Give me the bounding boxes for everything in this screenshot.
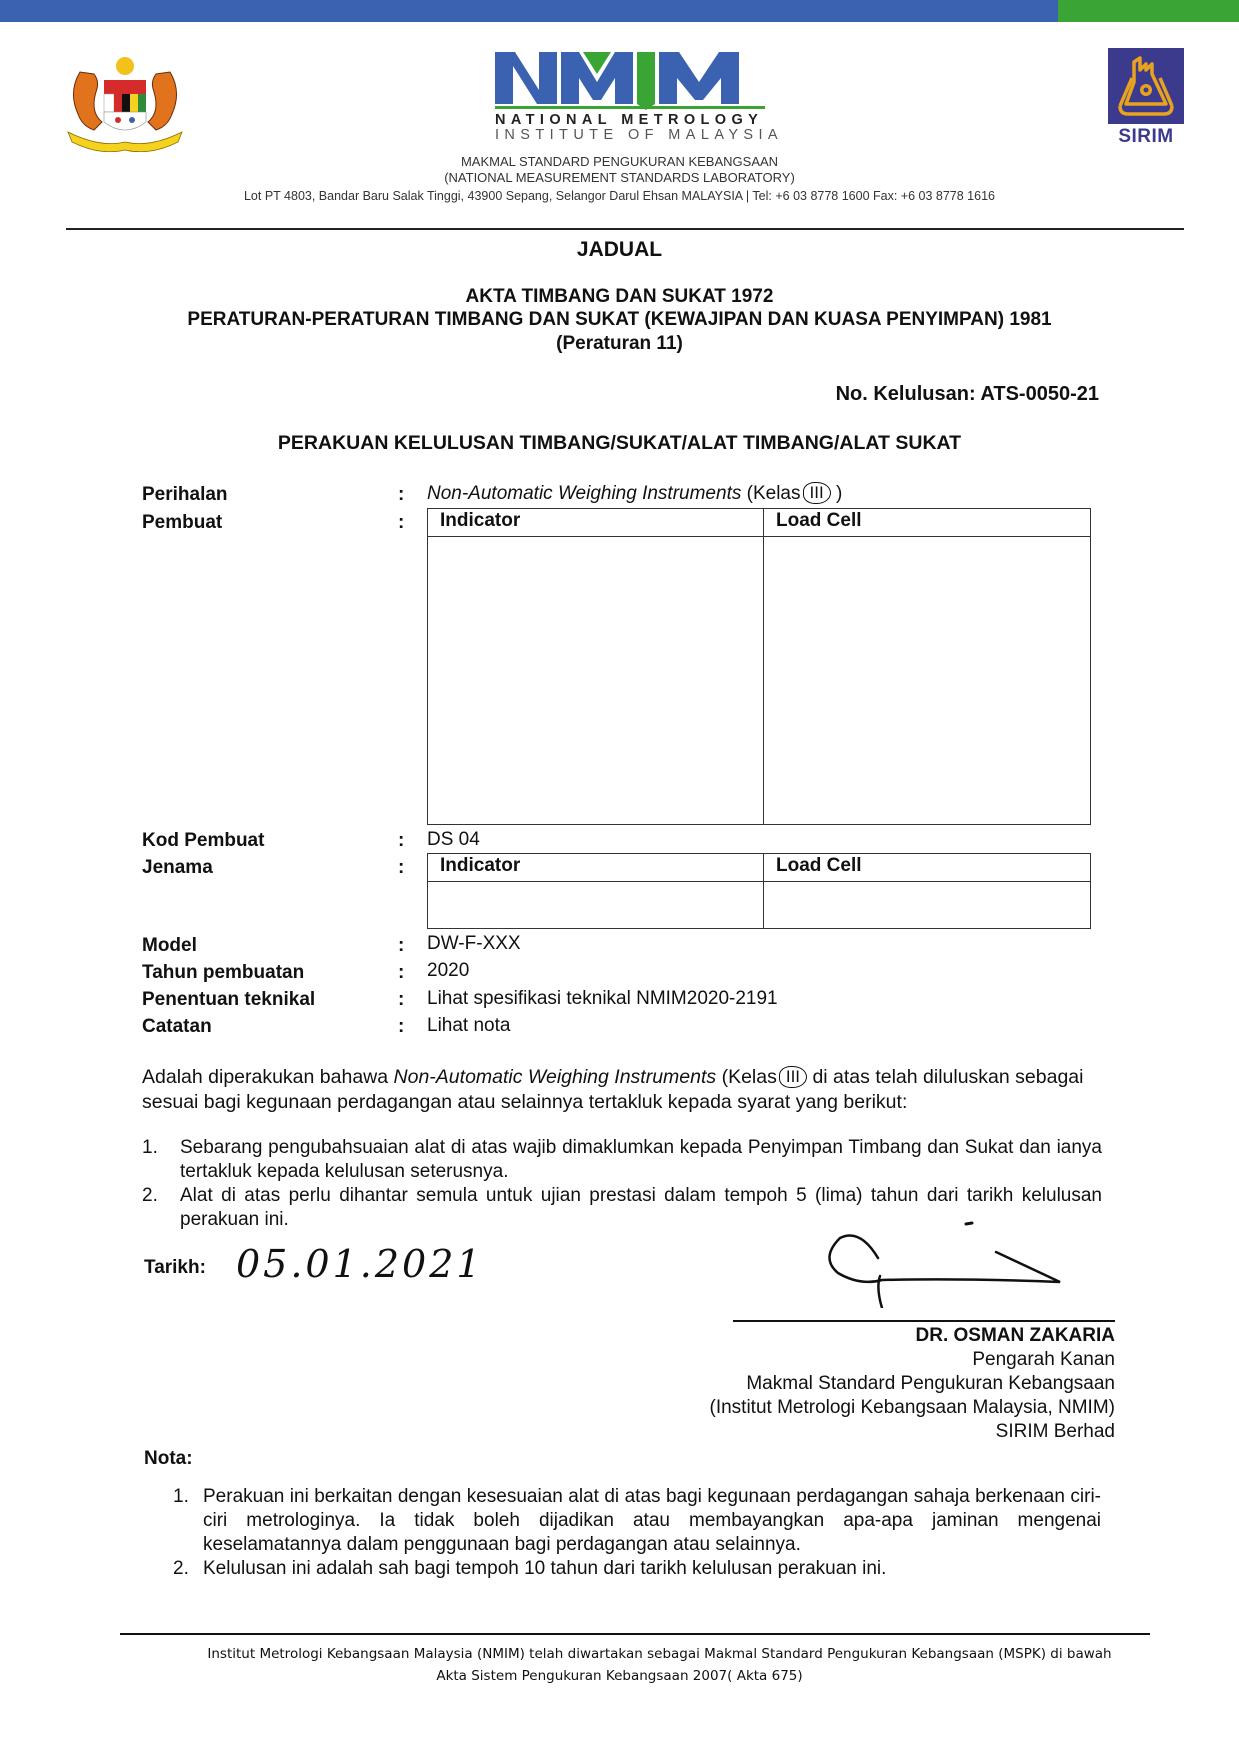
- certificate-title: PERAKUAN KELULUSAN TIMBANG/SUKAT/ALAT TI…: [0, 432, 1239, 455]
- signer-name: DR. OSMAN ZAKARIA: [710, 1324, 1116, 1348]
- kelas-symbol: III: [803, 482, 831, 504]
- signer-title: Pengarah Kanan: [710, 1348, 1116, 1372]
- sirim-logo: SIRIM: [1107, 48, 1185, 148]
- nota-list: 1.Perakuan ini berkaitan dengan kesesuai…: [173, 1485, 1101, 1581]
- model-colon: :: [398, 935, 404, 957]
- perihalan-colon: :: [398, 484, 404, 506]
- nota-label: Nota:: [144, 1448, 193, 1470]
- handwritten-signature-icon: [820, 1218, 1070, 1308]
- signature-line: [733, 1320, 1115, 1322]
- footer-divider: [120, 1633, 1150, 1635]
- signer-block: DR. OSMAN ZAKARIA Pengarah Kanan Makmal …: [710, 1324, 1116, 1444]
- approval-number: No. Kelulusan: ATS-0050-21: [836, 383, 1099, 406]
- perihalan-kelas-close: ): [831, 483, 843, 504]
- signer-org2: (Institut Metrologi Kebangsaan Malaysia,…: [710, 1396, 1116, 1420]
- date-handwritten: 05.01.2021: [236, 1242, 484, 1286]
- jenama-label: Jenama: [142, 857, 213, 879]
- statement-instrument: Non-Automatic Weighing Instruments: [394, 1066, 717, 1088]
- nota-item: 1.Perakuan ini berkaitan dengan kesesuai…: [173, 1485, 1101, 1557]
- org-name-ms: MAKMAL STANDARD PENGUKURAN KEBANGSAAN: [0, 154, 1239, 170]
- catatan-colon: :: [398, 1016, 404, 1038]
- perihalan-kelas-open: (Kelas: [741, 483, 800, 504]
- pembuat-col-indicator: Indicator: [428, 509, 764, 537]
- pembuat-label: Pembuat: [142, 512, 222, 534]
- penentuan-colon: :: [398, 989, 404, 1011]
- title-jadual: JADUAL: [0, 238, 1239, 262]
- model-value: DW-F-XXX: [427, 933, 521, 955]
- pembuat-indicator-value: [428, 537, 764, 825]
- jenama-colon: :: [398, 857, 404, 879]
- jenama-col-loadcell: Load Cell: [764, 854, 1091, 882]
- nmim-line1: NATIONAL METROLOGY: [495, 112, 765, 128]
- nmim-line2: INSTITUTE OF MALAYSIA: [495, 128, 765, 142]
- jenama-indicator-value: [428, 882, 764, 929]
- certification-statement: Adalah diperakukan bahawa Non-Automatic …: [142, 1065, 1087, 1115]
- jenama-col-indicator: Indicator: [428, 854, 764, 882]
- catatan-label: Catatan: [142, 1016, 212, 1038]
- letterhead-color-band: [0, 0, 1239, 22]
- pembuat-colon: :: [398, 512, 404, 534]
- date-label: Tarikh:: [144, 1257, 206, 1279]
- sirim-logo-text: SIRIM: [1107, 126, 1185, 148]
- statement-kelas-symbol: III: [779, 1066, 807, 1088]
- nota-item: 2.Kelulusan ini adalah sah bagi tempoh 1…: [173, 1557, 1101, 1581]
- statement-prefix: Adalah diperakukan bahawa: [142, 1066, 394, 1088]
- org-address: Lot PT 4803, Bandar Baru Salak Tinggi, 4…: [0, 188, 1239, 204]
- footer-line2: Akta Sistem Pengukuran Kebangsaan 2007( …: [0, 1668, 1239, 1684]
- signer-org1: Makmal Standard Pengukuran Kebangsaan: [710, 1372, 1116, 1396]
- title-peraturan-number: (Peraturan 11): [0, 333, 1239, 355]
- jenama-loadcell-value: [764, 882, 1091, 929]
- penentuan-label: Penentuan teknikal: [142, 989, 315, 1011]
- jenama-table: Indicator Load Cell: [427, 853, 1091, 929]
- footer-line1: Institut Metrologi Kebangsaan Malaysia (…: [40, 1646, 1239, 1662]
- title-akta: AKTA TIMBANG DAN SUKAT 1972: [0, 286, 1239, 308]
- sirim-flask-icon: [1108, 48, 1184, 124]
- nmim-logo-mark-icon: [495, 48, 765, 110]
- kod-pembuat-colon: :: [398, 830, 404, 852]
- perihalan-label: Perihalan: [142, 484, 228, 506]
- tahun-value: 2020: [427, 960, 469, 982]
- perihalan-instrument: Non-Automatic Weighing Instruments: [427, 483, 741, 504]
- catatan-value: Lihat nota: [427, 1015, 510, 1037]
- condition-item: 1.Sebarang pengubahsuaian alat di atas w…: [142, 1136, 1102, 1184]
- nmim-logo: NATIONAL METROLOGY INSTITUTE OF MALAYSIA: [495, 48, 765, 142]
- tahun-colon: :: [398, 962, 404, 984]
- statement-kelas-open: (Kelas: [716, 1066, 777, 1088]
- model-label: Model: [142, 935, 197, 957]
- header-divider: [66, 228, 1184, 230]
- color-band-green: [1058, 0, 1239, 22]
- penentuan-value: Lihat spesifikasi teknikal NMIM2020-2191: [427, 988, 778, 1010]
- pembuat-loadcell-value: [764, 537, 1091, 825]
- perihalan-value: Non-Automatic Weighing Instruments (Kela…: [427, 482, 842, 505]
- pembuat-col-loadcell: Load Cell: [764, 509, 1091, 537]
- signer-org3: SIRIM Berhad: [710, 1420, 1116, 1444]
- pembuat-table: Indicator Load Cell: [427, 508, 1091, 825]
- malaysia-coat-of-arms-icon: [60, 52, 190, 152]
- color-band-blue: [0, 0, 1058, 22]
- org-name-en: (NATIONAL MEASUREMENT STANDARDS LABORATO…: [0, 170, 1239, 186]
- title-peraturan: PERATURAN-PERATURAN TIMBANG DAN SUKAT (K…: [0, 309, 1239, 331]
- tahun-label: Tahun pembuatan: [142, 962, 304, 984]
- kod-pembuat-value: DS 04: [427, 829, 480, 851]
- kod-pembuat-label: Kod Pembuat: [142, 830, 264, 852]
